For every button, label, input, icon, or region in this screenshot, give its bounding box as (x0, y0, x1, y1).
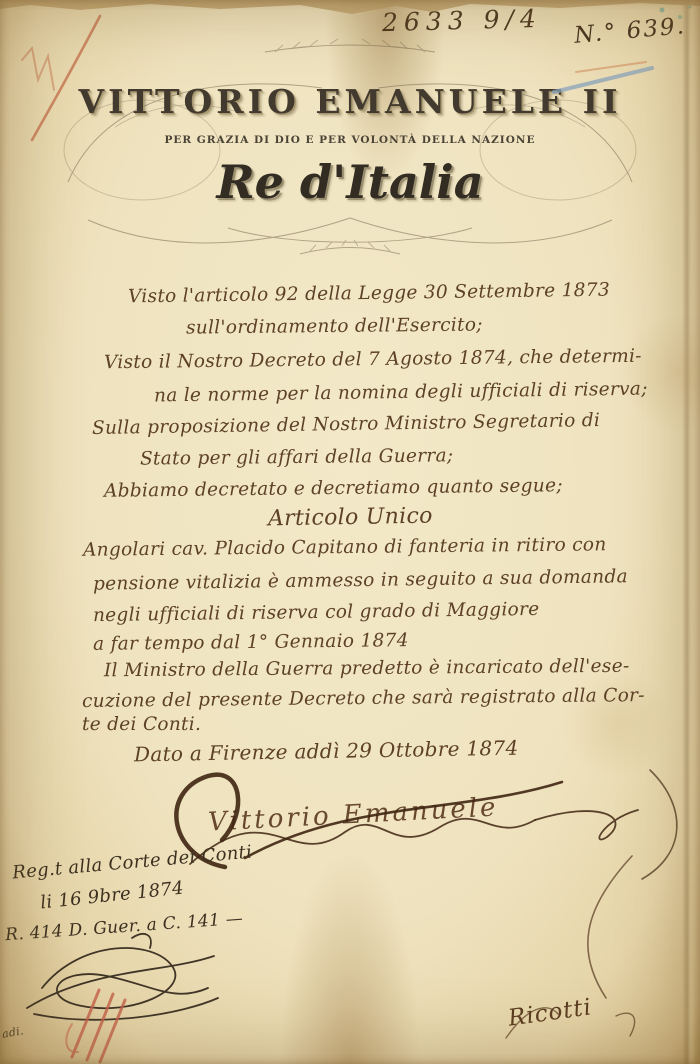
body-line: Angolari cav. Placido Capitano di fanter… (83, 534, 607, 560)
body-line: Visto il Nostro Decreto del 7 Agosto 187… (104, 346, 642, 374)
article-heading: Articolo Unico (268, 504, 433, 532)
body-line: sull'ordinamento dell'Esercito; (186, 314, 483, 338)
document-scan: 2633 9/4 N.° 639. VITTORIO EMANUELE II P… (0, 0, 700, 1064)
body-line: negli ufficiali di riserva col grado di … (93, 599, 540, 626)
body-line: pensione vitalizia è ammesso in seguito … (93, 566, 628, 594)
body-line: cuzione del presente Decreto che sarà re… (82, 685, 645, 712)
body-line: na le norme per la nomina degli ufficial… (154, 379, 648, 407)
registration-line-2: li 16 9bre 1874 (39, 878, 185, 914)
minister-signature-flourish (498, 996, 648, 1046)
red-pencil-mark-top-left (8, 8, 128, 148)
body-line: Sulla proposizione del Nostro Ministro S… (92, 410, 600, 439)
signature-tail-flourish (560, 852, 650, 1002)
body-line: a far tempo dal 1° Gennaio 1874 (93, 630, 409, 655)
red-pencil-mark-bottom-left (42, 982, 142, 1064)
margin-note: adi. (1, 1024, 25, 1041)
letterhead-royal-title: Re d'Italia (0, 155, 700, 209)
teal-ink-specks (652, 2, 697, 27)
blue-pencil-mark (548, 58, 663, 103)
body-line: Visto l'articolo 92 della Legge 30 Sette… (128, 280, 610, 308)
body-line: te dei Conti. (82, 714, 201, 735)
body-line: Il Ministro della Guerra predetto è inca… (104, 656, 630, 682)
body-line: Abbiamo decretato e decretiamo quanto se… (104, 475, 563, 502)
body-line: Stato per gli affari della Guerra; (140, 445, 454, 469)
